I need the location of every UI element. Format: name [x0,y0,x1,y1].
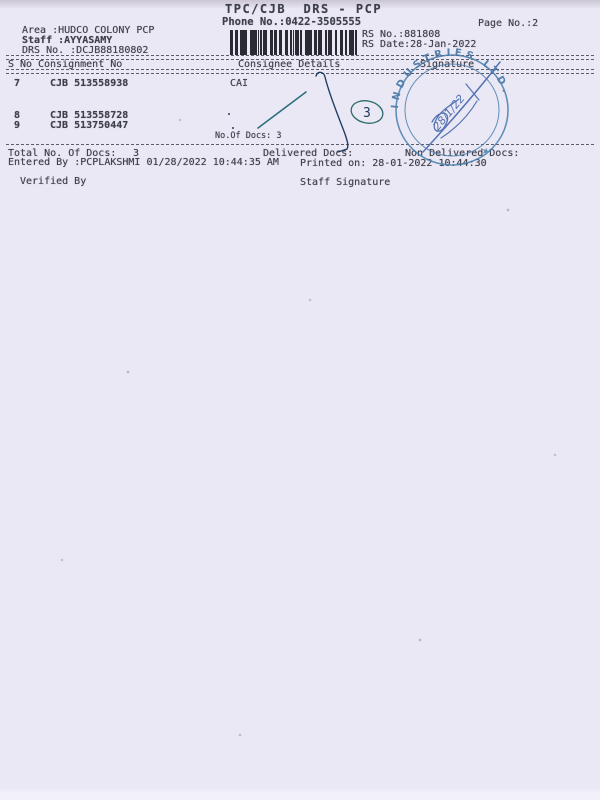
phone-number: Phone No.:0422-3505555 [222,17,361,27]
row-sno: 9 [14,121,20,131]
divider-header [6,69,594,74]
circled-number-value: 3 [363,106,371,121]
barcode [230,30,360,55]
row-consignee: CAI [230,79,248,89]
printed-on-line: Printed on: 28-01-2022 10:44:30 [300,159,487,169]
staff-signature-label: Staff Signature [300,178,390,188]
page-number: Page No.:2 [478,19,538,29]
scanned-delivery-run-sheet: TPC/CJB DRS - PCP Phone No.:0422-3505555… [0,0,600,800]
circled-number: 3 [349,98,385,126]
handwritten-signature: 28/1/22 [423,62,500,152]
divider-totals [6,144,594,145]
document-title: TPC/CJB DRS - PCP [225,4,382,14]
tick-slash [258,92,306,128]
entered-by-line: Entered By :PCPLAKSHMI 01/28/2022 10:44:… [8,158,279,168]
docs-note: No.Of Docs: 3 [215,131,282,141]
row-consignment: CJB 513558938 [50,79,128,89]
row-sno: 7 [14,79,20,89]
row-consignment: CJB 513750447 [50,121,128,131]
signature-date: 28/1/22 [430,92,467,133]
rs-date-line: RS Date:28-Jan-2022 [362,40,476,50]
verified-by-label: Verified By [20,177,86,187]
